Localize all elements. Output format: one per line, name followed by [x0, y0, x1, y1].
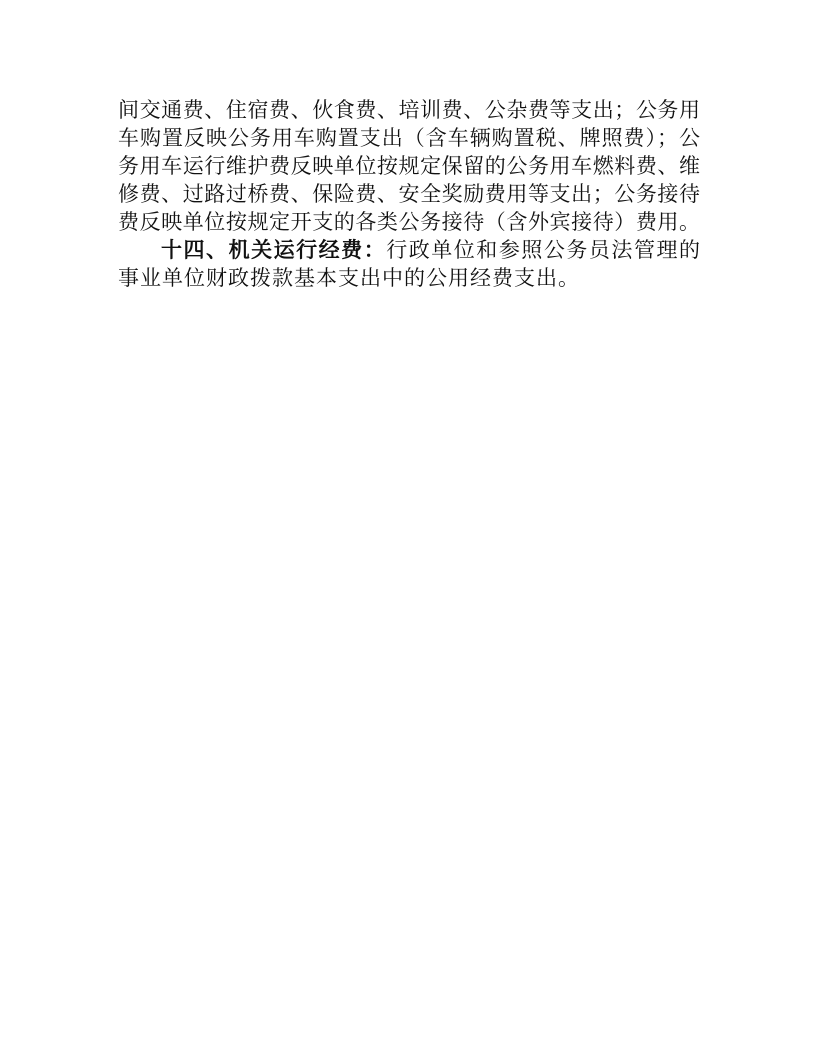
section14-heading: 十四、机关运行经费：: [161, 238, 386, 262]
text-block: 间交通费、住宿费、伙食费、培训费、公杂费等支出；公务用 车购置反映公务用车购置支…: [118, 96, 700, 292]
paragraph-line-4: 修费、过路过桥费、保险费、安全奖励费用等支出；公务接待: [118, 180, 700, 208]
section14-body-start: 行政单位和参照公务员法管理的: [386, 238, 700, 262]
document-page: 间交通费、住宿费、伙食费、培训费、公杂费等支出；公务用 车购置反映公务用车购置支…: [0, 0, 816, 1056]
section14-last-line: 事业单位财政拨款基本支出中的公用经费支出。: [118, 264, 700, 292]
paragraph-line-3: 务用车运行维护费反映单位按规定保留的公务用车燃料费、维: [118, 152, 700, 180]
paragraph-line-1: 间交通费、住宿费、伙食费、培训费、公杂费等支出；公务用: [118, 96, 700, 124]
paragraph-line-5: 费反映单位按规定开支的各类公务接待（含外宾接待）费用。: [118, 208, 700, 236]
paragraph-line-2: 车购置反映公务用车购置支出（含车辆购置税、牌照费）；公: [118, 124, 700, 152]
section14-first-line: 十四、机关运行经费：行政单位和参照公务员法管理的: [118, 236, 700, 264]
